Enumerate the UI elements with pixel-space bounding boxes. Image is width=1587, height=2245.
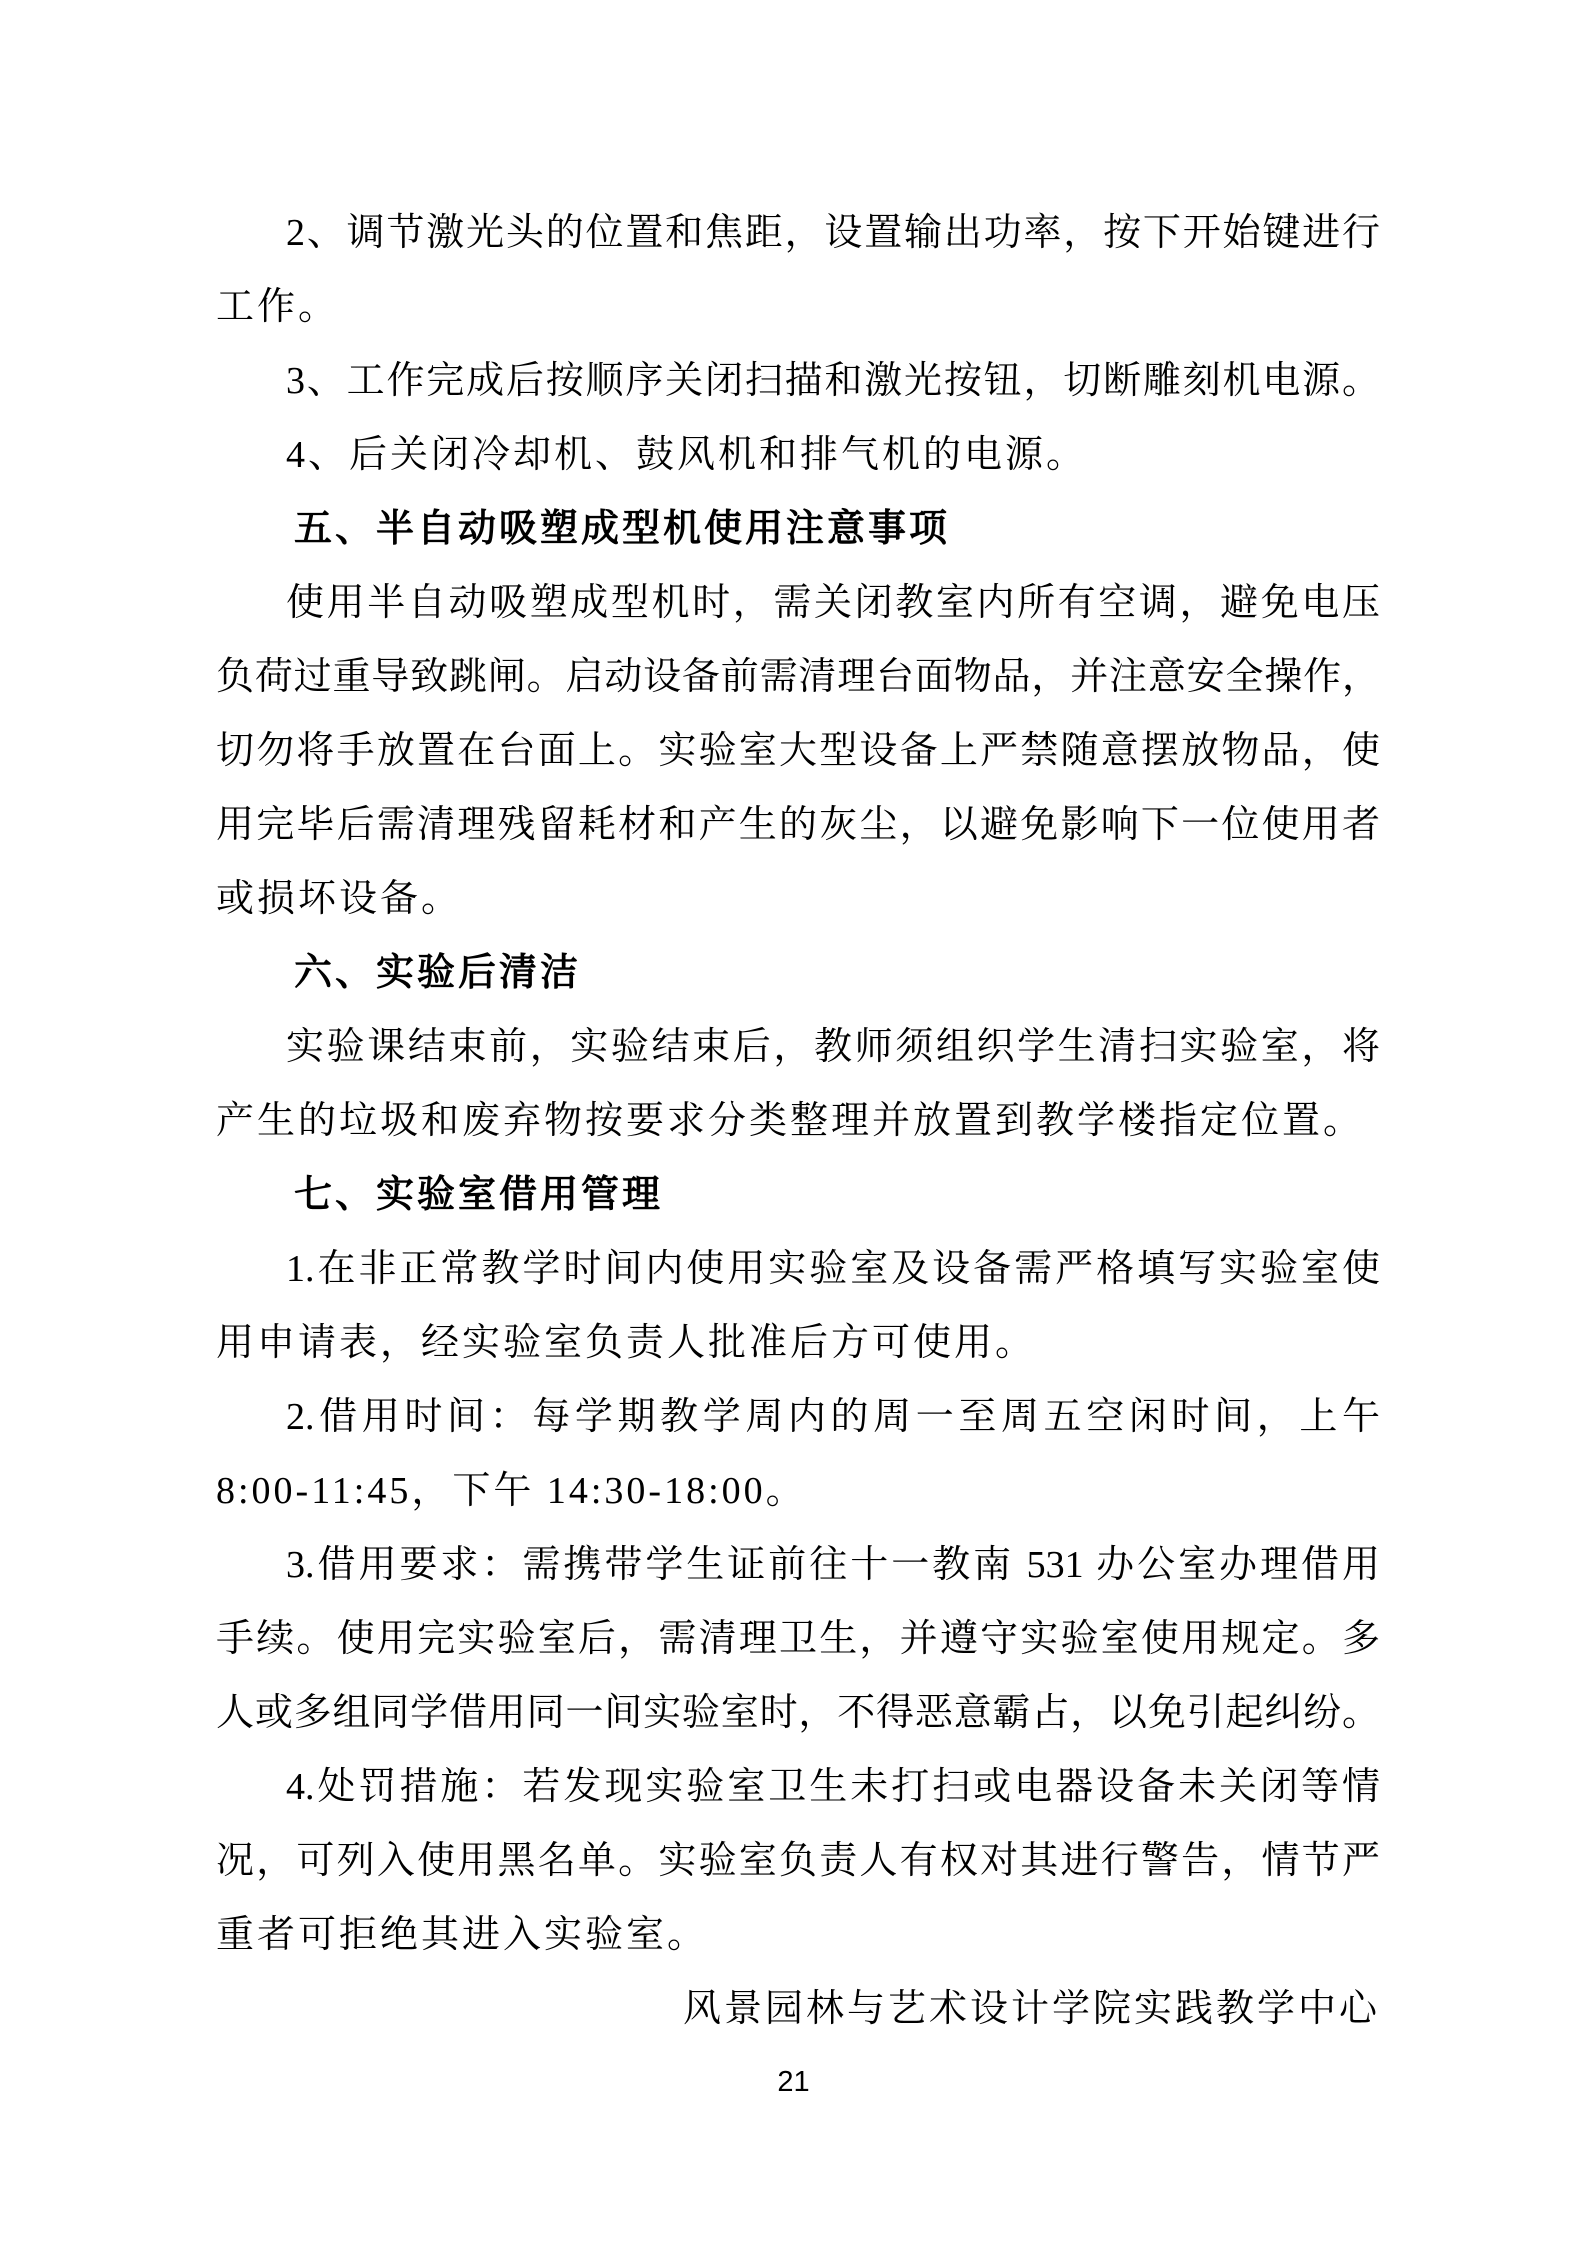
text-line: 人或多组同学借用同一间实验室时，不得恶意霸占，以免引起纠纷。 [216, 1676, 1380, 1750]
text-line: 况，可列入使用黑名单。实验室负责人有权对其进行警告，情节严 [216, 1824, 1380, 1898]
text-line: 3、工作完成后按顺序关闭扫描和激光按钮，切断雕刻机电源。 [216, 344, 1380, 418]
section-heading: 六、实验后清洁 [216, 936, 1380, 1010]
section-heading: 七、实验室借用管理 [216, 1158, 1380, 1232]
text-line: 重者可拒绝其进入实验室。 [216, 1898, 1380, 1972]
text-line: 2.借用时间：每学期教学周内的周一至周五空闲时间，上午 [216, 1380, 1380, 1454]
section-heading: 五、半自动吸塑成型机使用注意事项 [216, 492, 1380, 566]
text-line: 手续。使用完实验室后，需清理卫生，并遵守实验室使用规定。多 [216, 1602, 1380, 1676]
text-line: 4.处罚措施：若发现实验室卫生未打扫或电器设备未关闭等情 [216, 1750, 1380, 1824]
text-line: 用完毕后需清理残留耗材和产生的灰尘，以避免影响下一位使用者 [216, 788, 1380, 862]
text-line: 1.在非正常教学时间内使用实验室及设备需严格填写实验室使 [216, 1232, 1380, 1306]
text-line: 切勿将手放置在台面上。实验室大型设备上严禁随意摆放物品，使 [216, 714, 1380, 788]
signature-line: 风景园林与艺术设计学院实践教学中心 [216, 1972, 1380, 2046]
text-line: 2、调节激光头的位置和焦距，设置输出功率，按下开始键进行 [216, 196, 1380, 270]
document-text-block: 2、调节激光头的位置和焦距，设置输出功率，按下开始键进行 工作。 3、工作完成后… [216, 196, 1380, 2046]
text-line: 工作。 [216, 270, 1380, 344]
text-line: 负荷过重导致跳闸。启动设备前需清理台面物品，并注意安全操作， [216, 640, 1380, 714]
document-page: 2、调节激光头的位置和焦距，设置输出功率，按下开始键进行 工作。 3、工作完成后… [0, 0, 1587, 2245]
page-number: 21 [0, 2066, 1587, 2099]
text-line: 4、后关闭冷却机、鼓风机和排气机的电源。 [216, 418, 1380, 492]
text-line: 产生的垃圾和废弃物按要求分类整理并放置到教学楼指定位置。 [216, 1084, 1380, 1158]
text-line: 用申请表，经实验室负责人批准后方可使用。 [216, 1306, 1380, 1380]
text-line: 8:00-11:45，下午 14:30-18:00。 [216, 1454, 1380, 1528]
text-line: 实验课结束前，实验结束后，教师须组织学生清扫实验室，将 [216, 1010, 1380, 1084]
text-line: 使用半自动吸塑成型机时，需关闭教室内所有空调，避免电压 [216, 566, 1380, 640]
text-line: 3.借用要求：需携带学生证前往十一教南 531 办公室办理借用 [216, 1528, 1380, 1602]
text-line: 或损坏设备。 [216, 862, 1380, 936]
